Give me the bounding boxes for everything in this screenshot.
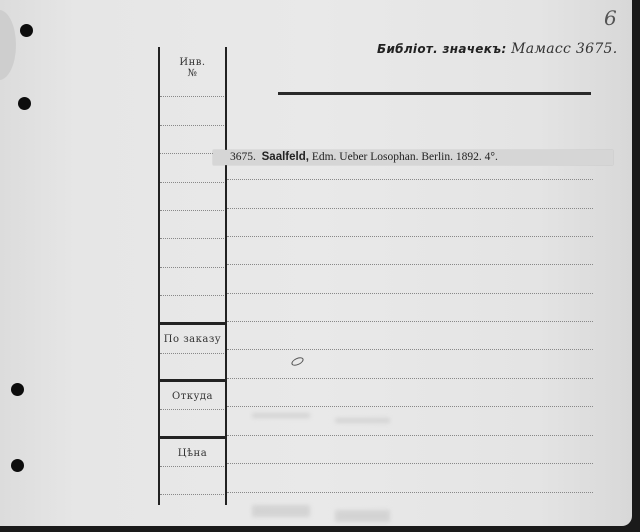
library-mark: Библіот. значекъ: Мамасс 3675. [377,41,618,57]
ruled-line [160,182,224,183]
ruled-line [227,435,593,436]
ruled-line [227,463,593,464]
ruled-line [227,378,593,379]
punch-hole-icon [11,459,24,472]
ruled-line [227,208,593,209]
entry-author: Saalfeld, [262,151,309,163]
faint-smudge [252,413,310,418]
punch-hole-icon [18,97,31,110]
pencil-mark-icon [290,356,305,368]
paper-curl [0,10,16,80]
ruled-line [160,466,224,467]
punch-hole-icon [20,24,33,37]
ruled-line [160,96,224,97]
faint-smudge [252,505,310,517]
title-rule [278,92,591,95]
ruled-line [160,210,224,211]
inventory-label: Инв. № [159,57,226,79]
inventory-label-line2: № [159,68,226,79]
catalog-card: 6 Библіот. значекъ: Мамасс 3675. Инв. № … [0,0,632,526]
price-label: Цѣна [159,448,226,459]
ruled-line [160,238,224,239]
ruled-line [160,353,224,354]
entry-number: 3675. [230,151,256,163]
punch-hole-icon [11,383,24,396]
faint-smudge [335,510,390,522]
inventory-label-line1: Инв. [159,57,226,68]
ruled-line [160,494,224,495]
ruled-line [227,293,593,294]
section-divider [159,322,226,325]
by-order-label: По заказу [159,334,226,345]
library-mark-label: Библіот. значекъ: [377,42,507,56]
ruled-line [227,264,593,265]
ruled-line [227,406,593,407]
source-label: Откуда [159,391,226,402]
ruled-line [160,295,224,296]
ruled-line [160,153,213,154]
faint-smudge [335,418,390,423]
entry-details: Edm. Ueber Losophan. Berlin. 1892. 4°. [312,151,498,163]
catalog-entry-clipping: 3675. Saalfeld, Edm. Ueber Losophan. Ber… [213,150,613,165]
ruled-line [227,179,593,180]
ruled-line [160,267,224,268]
library-mark-value: Мамасс 3675. [511,41,617,57]
ruled-line [227,349,593,350]
section-divider [159,436,226,439]
section-divider [159,379,226,382]
page-number: 6 [604,6,617,30]
ruled-line [227,236,593,237]
ruled-line [227,492,593,493]
ruled-line [160,125,224,126]
ruled-line [160,409,224,410]
ruled-line [227,321,593,322]
